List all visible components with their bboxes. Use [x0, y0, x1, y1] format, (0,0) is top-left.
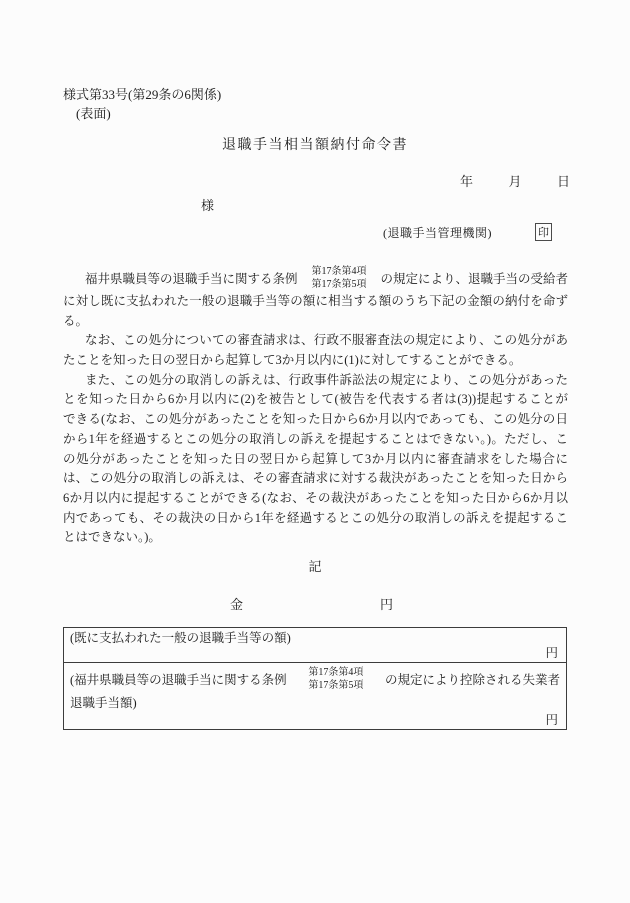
amount-prefix-label: 金 [230, 594, 243, 613]
body-text: 福井県職員等の退職手当に関する条例 第17条第4項 第17条第5項 の規定により… [63, 264, 568, 548]
row2-prefix: (福井県職員等の退職手当に関する条例 [70, 670, 287, 688]
article-ref-stack: 第17条第4項 第17条第5項 [312, 265, 367, 291]
row2-suffix: の規定により控除される失業者 [385, 670, 560, 688]
table-row-deducted-amount: (福井県職員等の退職手当に関する条例 第17条第4項 第17条第5項 の規定によ… [64, 663, 566, 729]
body-line: の処分があったことを知った日の翌日から起算して3か月以内に審査請求をした場合に [63, 450, 568, 470]
row1-label: (既に支払われた一般の退職手当等の額) [64, 628, 566, 647]
body-line: は、この処分の取消しの訴えは、その審査請求に対する裁決があったことを知った日から [63, 469, 568, 489]
document-title: 退職手当相当額納付命令書 [0, 134, 630, 154]
addressee-honorific: 様 [201, 195, 214, 214]
date-line: 年 月 日 [460, 171, 570, 190]
body-line: 6か月以内に提起することができる(なお、その裁決があったことを知った日から6か月… [63, 489, 568, 509]
form-number: 様式第33号(第29条の6関係) [63, 84, 221, 103]
side-label: (表面) [76, 103, 111, 122]
row1-unit-label: 円 [545, 646, 558, 660]
row2-unit-label: 円 [545, 713, 558, 727]
body-line: なお、この処分についての審査請求は、行政不服審査法の規定により、この処分があっ [63, 331, 568, 351]
body-line: 内であっても、その裁決の日から1年を経過するとこの処分の取消しの訴えを提起するこ [63, 509, 568, 529]
body-line: に対し既に支払われた一般の退職手当等の額に相当する額のうち下記の金額の納付を命ず [63, 292, 568, 312]
article-ref-1: 第17条第4項 [308, 666, 363, 679]
article-ref-1: 第17条第4項 [312, 265, 367, 278]
article-ref-stack: 第17条第4項 第17条第5項 [308, 666, 363, 692]
p1-suffix: の規定により、退職手当の受給者 [380, 269, 568, 287]
body-line: から1年を経過するとこの処分の取消しの訴えを提起することはできない。)。ただし、… [63, 430, 568, 450]
amount-table: (既に支払われた一般の退職手当等の額) 円 (福井県職員等の退職手当に関する条例… [63, 627, 567, 730]
body-line: る。 [63, 312, 568, 332]
amount-line: 金 円 [63, 594, 568, 612]
table-row-paid-amount: (既に支払われた一般の退職手当等の額) 円 [64, 628, 566, 663]
article-ref-2: 第17条第5項 [308, 679, 363, 692]
ki-heading: 記 [0, 556, 630, 575]
seal-box: 印 [535, 223, 552, 241]
p1-prefix: 福井県職員等の退職手当に関する条例 [85, 269, 298, 287]
body-line: できる(なお、この処分があったことを知った日から6か月以内であっても、この処分の… [63, 410, 568, 430]
row2-line-1: (福井県職員等の退職手当に関する条例 第17条第4項 第17条第5項 の規定によ… [64, 663, 566, 693]
body-line: たことを知った日の翌日から起算して3か月以内に(1)に対してすることができる。 [63, 351, 568, 371]
date-year-label: 年 [460, 171, 473, 190]
row2-line-2: 退職手当額) [64, 693, 566, 711]
issuing-agency-label: (退職手当管理機関) [383, 224, 492, 241]
body-line: また、この処分の取消しの訴えは、行政事件訴訟法の規定により、この処分があったこ [63, 371, 568, 391]
amount-unit-label: 円 [380, 594, 393, 613]
body-line: とはできない。)。 [63, 528, 568, 548]
document-page: 様式第33号(第29条の6関係) (表面) 退職手当相当額納付命令書 年 月 日… [0, 0, 630, 903]
seal-label: 印 [538, 224, 549, 240]
paragraph-1-line-1: 福井県職員等の退職手当に関する条例 第17条第4項 第17条第5項 の規定により… [63, 264, 568, 292]
article-ref-2: 第17条第5項 [312, 278, 367, 291]
date-month-label: 月 [508, 171, 521, 190]
body-line: とを知った日から6か月以内に(2)を被告として(被告を代表する者は(3))提起す… [63, 390, 568, 410]
date-day-label: 日 [557, 171, 570, 190]
